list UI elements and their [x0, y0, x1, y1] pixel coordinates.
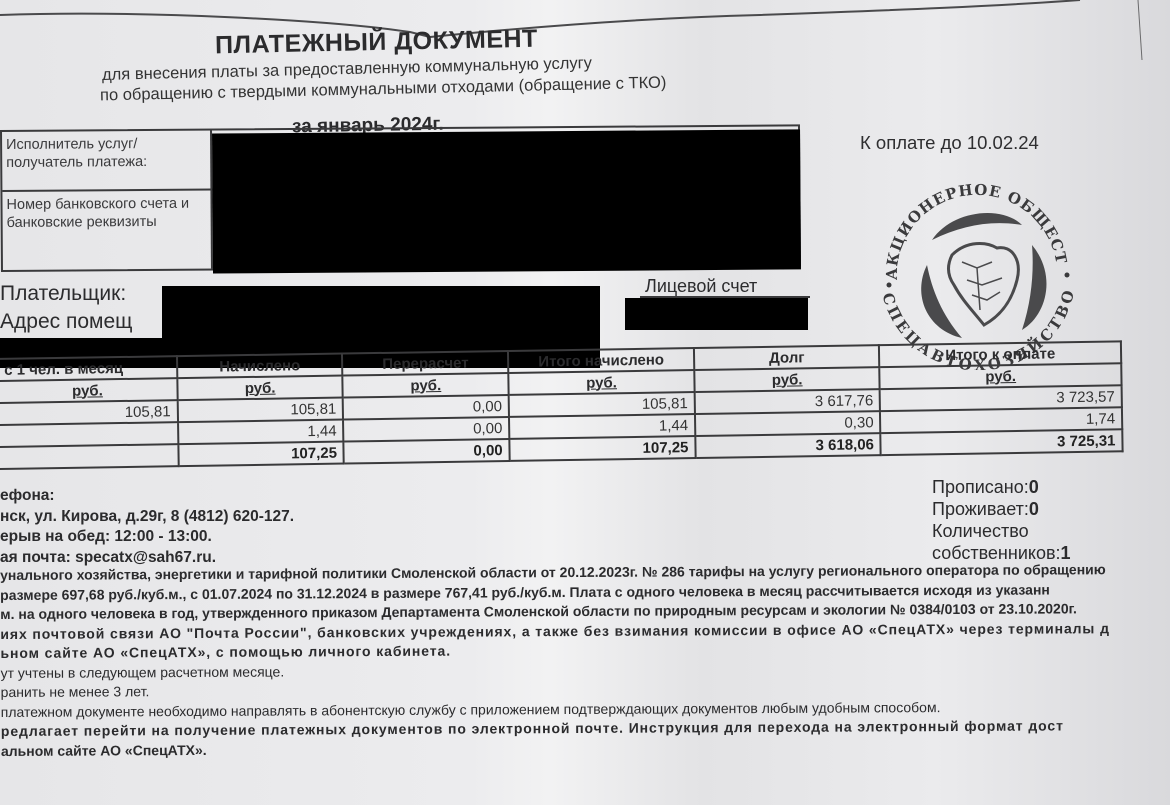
- cell-debt: 3 617,76: [695, 389, 881, 414]
- living-label: Проживает:: [932, 499, 1029, 519]
- notes-section: унального хозяйства, энергетики и тарифн…: [0, 560, 1111, 761]
- living-value: 0: [1029, 499, 1039, 519]
- redacted-payee-info: [212, 129, 801, 273]
- payer-label: Плательщик:: [0, 282, 126, 306]
- residents-info: Прописано:0 Проживает:0 Количество собст…: [932, 476, 1071, 564]
- col-header-debt: Долг: [694, 345, 880, 370]
- payee-recipient-label: Исполнитель услуг/ получатель платежа:: [2, 131, 212, 192]
- total-recalculation: 0,00: [344, 439, 510, 464]
- cell-total-charged: 105,81: [509, 392, 695, 417]
- col-header-rate: с 1 чел. в месяц: [0, 356, 177, 381]
- contact-lunch-break: ерыв на обед: 12:00 - 13:00.: [0, 527, 294, 548]
- contact-phone-label: ефона:: [0, 486, 294, 507]
- contact-info: ефона: нск, ул. Кирова, д.29г, 8 (4812) …: [0, 486, 294, 568]
- document-title: ПЛАТЕЖНЫЙ ДОКУМЕНТ: [215, 25, 538, 61]
- total-amount-due: 3 725,31: [881, 429, 1123, 455]
- contact-address-phone: нск, ул. Кирова, д.29г, 8 (4812) 620-127…: [0, 507, 294, 528]
- due-date: К оплате до 10.02.24: [860, 132, 1039, 154]
- unit-label: руб.: [694, 367, 880, 392]
- cell-charged: 1,44: [178, 420, 344, 445]
- company-stamp-logo: АКЦИОНЕРНОЕ ОБЩЕСТВО СПЕЦАВТОХОЗЯЙСТВО: [872, 170, 1082, 370]
- unit-label: руб.: [0, 378, 177, 403]
- total-total-charged: 107,25: [510, 436, 696, 461]
- redacted-account-number: [625, 298, 808, 330]
- cell-total-charged: 1,44: [509, 414, 695, 439]
- payee-details-box: Исполнитель услуг/ получатель платежа: Н…: [0, 124, 801, 272]
- cell-charged: 105,81: [177, 398, 343, 423]
- owners-label-1: Количество: [932, 520, 1071, 542]
- cell-rate: 105,81: [0, 400, 178, 425]
- total-debt: 3 618,06: [695, 433, 881, 458]
- registered-value: 0: [1029, 477, 1039, 497]
- col-header-total-charged: Итого начислено: [508, 348, 694, 373]
- cell-rate: [0, 422, 178, 447]
- paper-edge-fold: [0, 0, 1170, 60]
- registered-label: Прописано:: [932, 477, 1029, 497]
- total-charged: 107,25: [178, 442, 344, 467]
- unit-label: руб.: [508, 370, 694, 395]
- cell-rate: [0, 444, 179, 469]
- unit-label: руб.: [343, 373, 509, 398]
- unit-label: руб.: [177, 376, 343, 401]
- col-header-charged: Начислено: [177, 354, 343, 379]
- charges-table: с 1 чел. в месяц Начислено Перерасчет Ит…: [0, 340, 1124, 470]
- cell-recalculation: 0,00: [343, 395, 509, 420]
- cell-recalculation: 0,00: [343, 417, 509, 442]
- address-label: Адрес помещ: [0, 310, 132, 334]
- col-header-recalculation: Перерасчет: [342, 351, 508, 376]
- payee-bank-label: Номер банковского счета и банковские рек…: [2, 191, 213, 270]
- cell-debt: 0,30: [695, 411, 881, 436]
- account-label: Лицевой счет: [645, 276, 757, 297]
